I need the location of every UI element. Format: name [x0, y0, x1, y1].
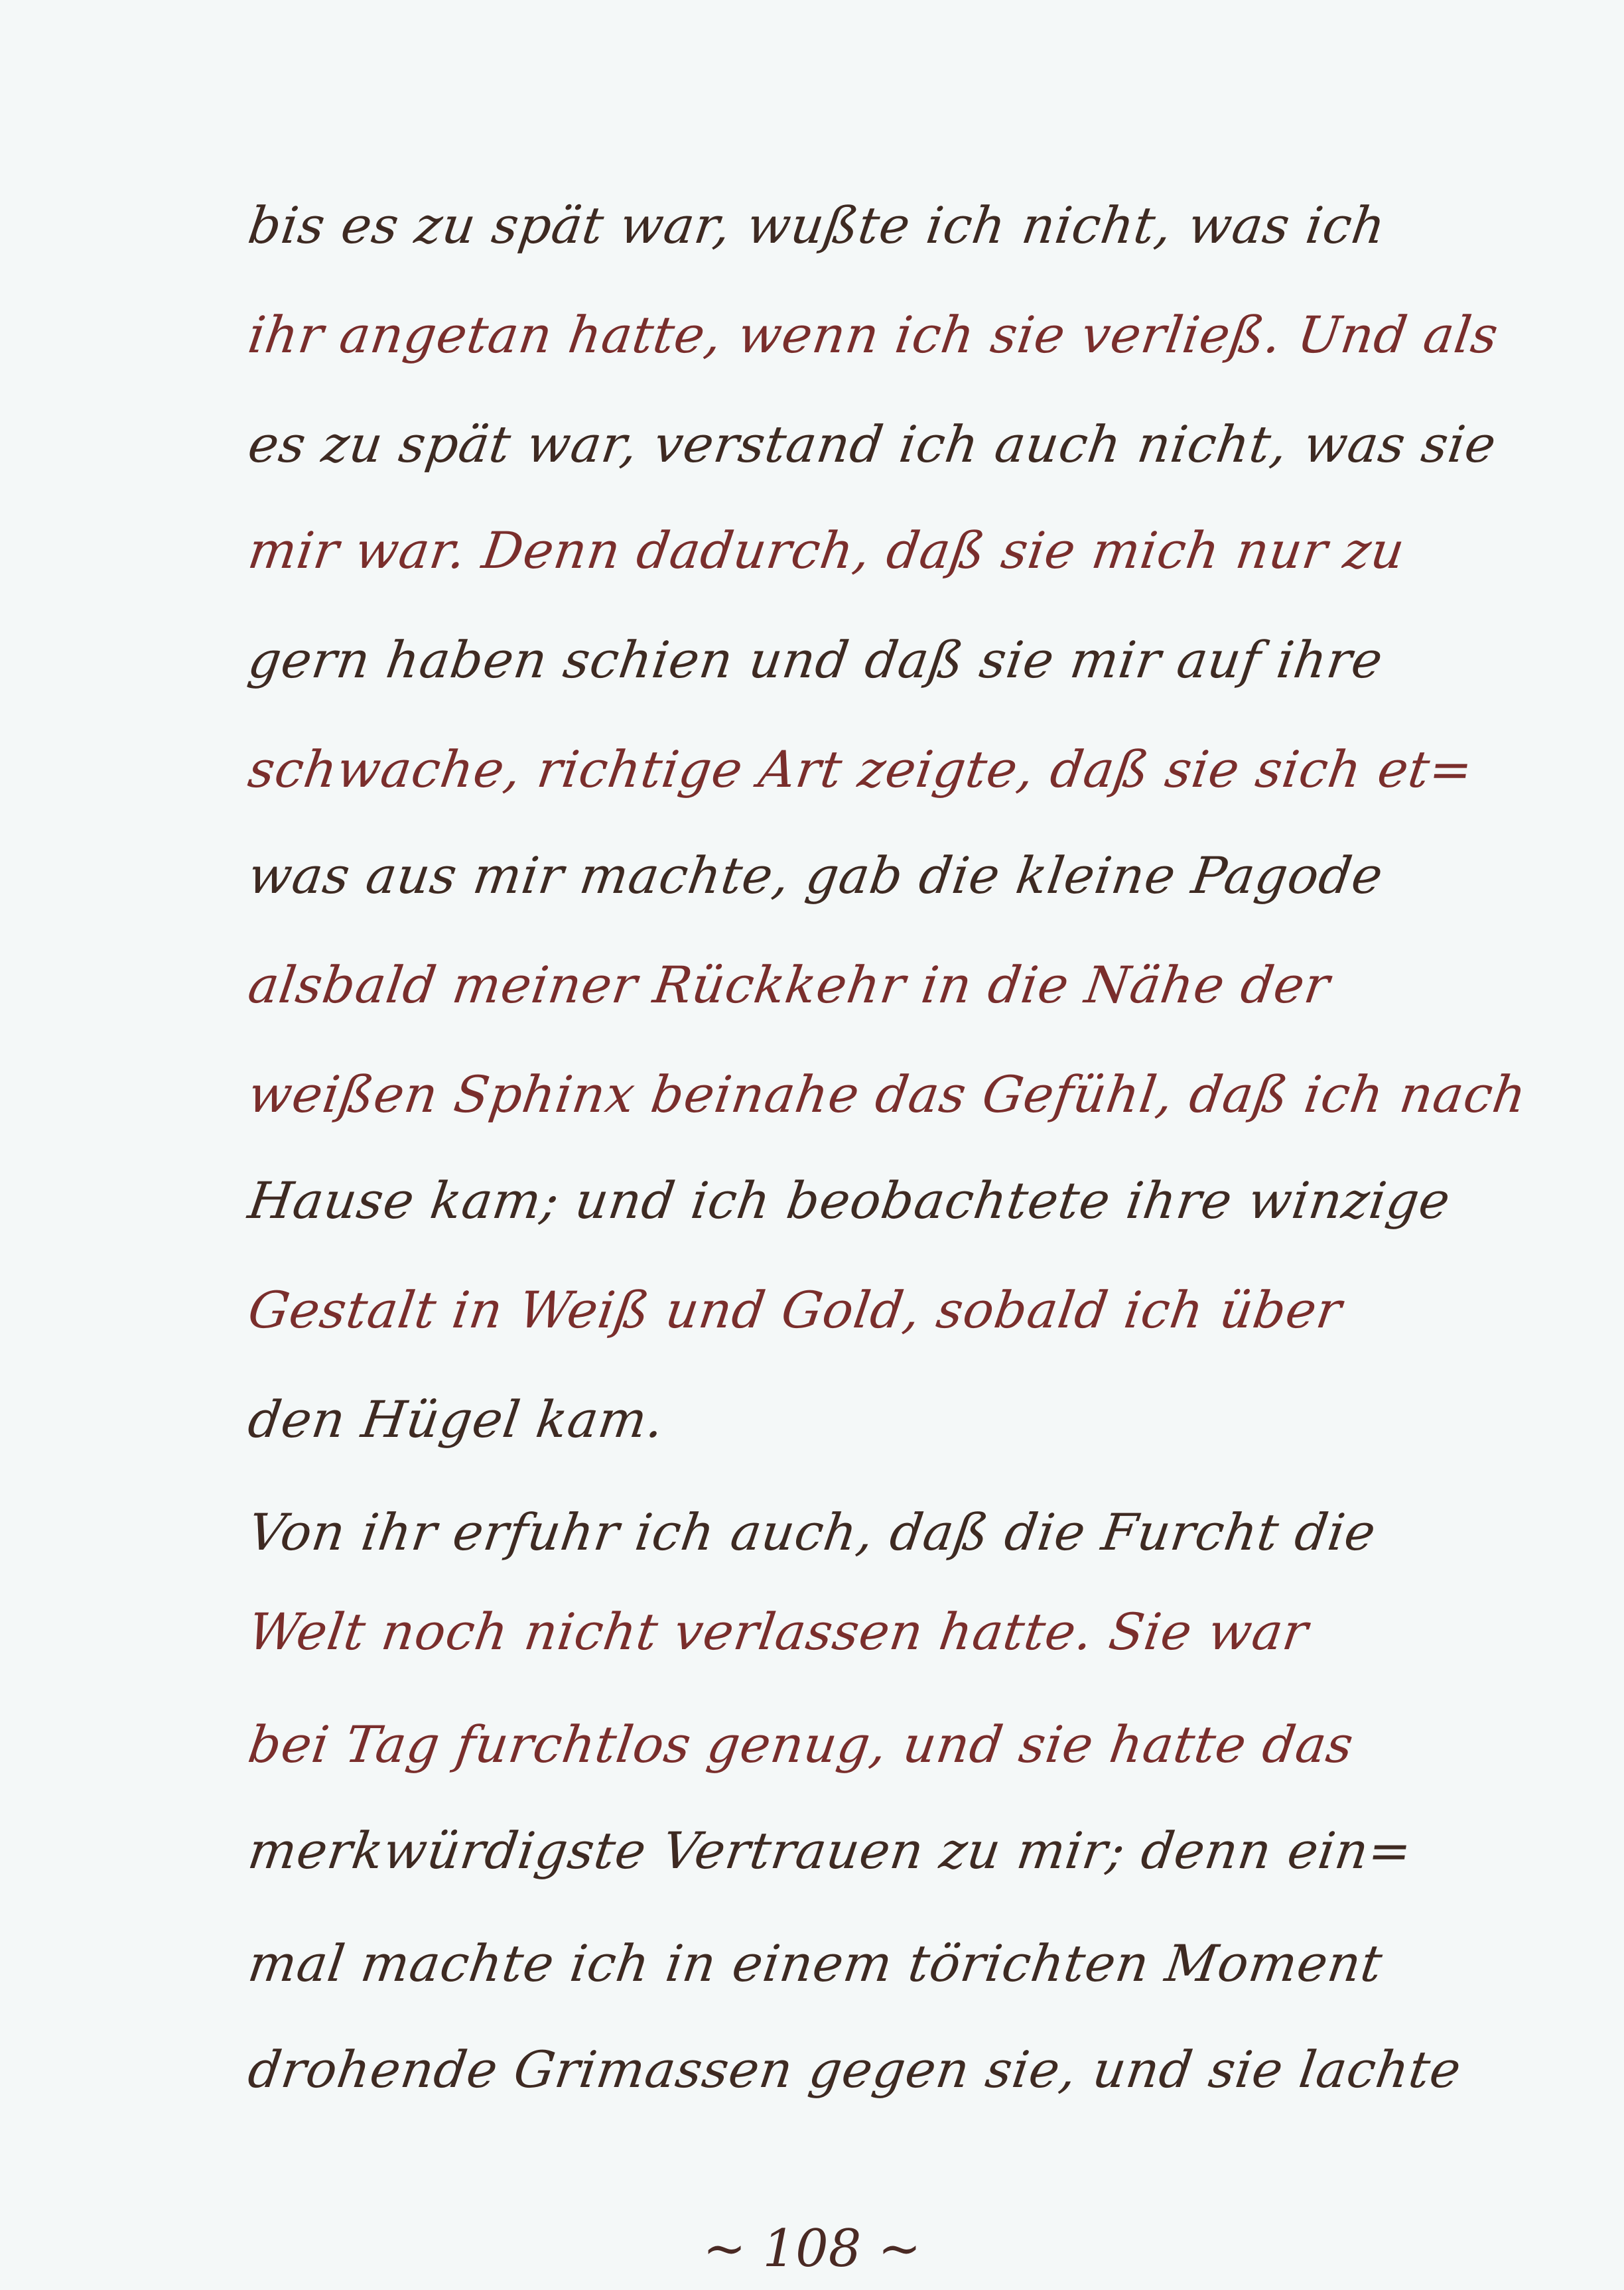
text-line-7: was aus mir machte, gab die kleine Pagod…	[244, 842, 1394, 909]
text-line-1: bis es zu spät war, wußte ich nicht, was…	[244, 192, 1394, 259]
text-line-15: bei Tag furchtlos genug, und sie hatte d…	[244, 1712, 1394, 1778]
page-number: ~ 108 ~	[0, 2216, 1624, 2282]
text-line-4: mir war. Denn dadurch, daß sie mich nur …	[244, 517, 1394, 584]
text-line-11: Gestalt in Weiß und Gold, sobald ich übe…	[244, 1277, 1394, 1343]
text-line-14: Welt noch nicht verlassen hatte. Sie war	[244, 1599, 1394, 1665]
text-line-16: merkwürdigste Vertrauen zu mir; denn ein…	[244, 1818, 1394, 1884]
manuscript-page: bis es zu spät war, wußte ich nicht, was…	[0, 0, 1624, 2290]
text-line-9: weißen Sphinx beinahe das Gefühl, daß ic…	[244, 1061, 1394, 1128]
text-line-17: mal machte ich in einem törichten Moment	[244, 1930, 1394, 1997]
text-line-2: ihr angetan hatte, wenn ich sie verließ.…	[244, 302, 1394, 368]
text-line-13: Von ihr erfuhr ich auch, daß die Furcht …	[244, 1499, 1394, 1566]
text-line-8: alsbald meiner Rückkehr in die Nähe der	[244, 952, 1394, 1018]
text-line-18: drohende Grimassen gegen sie, und sie la…	[244, 2037, 1394, 2103]
text-line-3: es zu spät war, verstand ich auch nicht,…	[244, 411, 1394, 478]
text-line-5: gern haben schien und daß sie mir auf ih…	[244, 627, 1394, 693]
text-line-10: Hause kam; und ich beobachtete ihre winz…	[244, 1168, 1394, 1234]
text-line-6: schwache, richtige Art zeigte, daß sie s…	[244, 736, 1394, 803]
text-line-12: den Hügel kam.	[244, 1386, 1394, 1453]
